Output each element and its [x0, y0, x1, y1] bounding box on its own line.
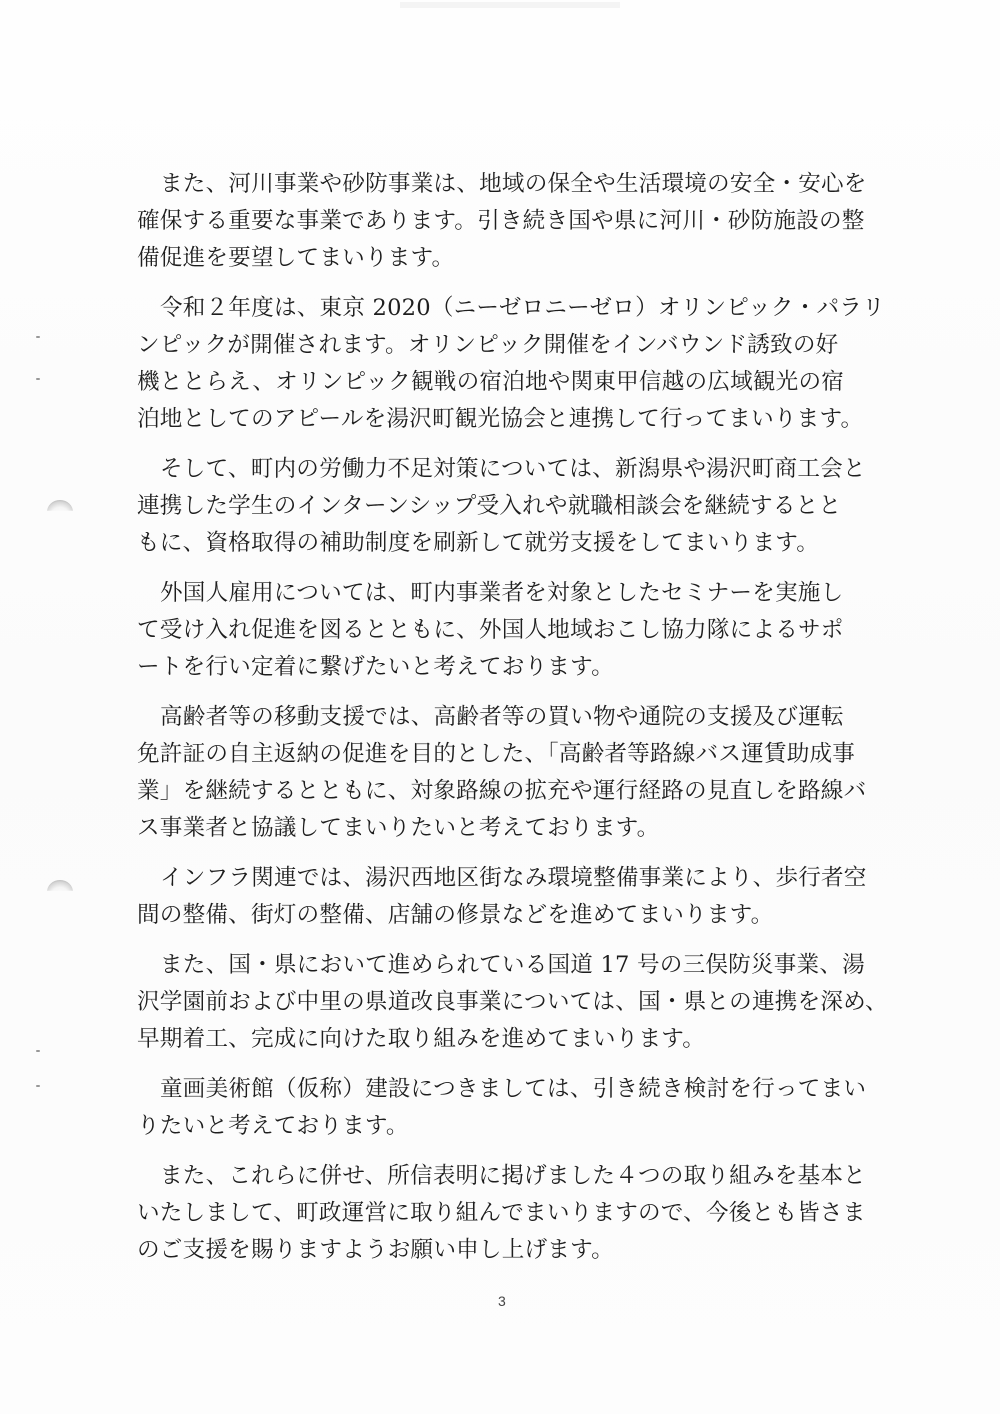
paragraph-elderly-mobility: 高齢者等の移動支援では、高齢者等の買い物や通院の支援及び運転 免許証の自主返納の… — [137, 699, 865, 847]
text-line: 免許証の自主返納の促進を目的とした、「高齢者等路線バス運賃助成事 — [137, 736, 865, 773]
text-line: 確保する重要な事業であります。引き続き国や県に河川・砂防施設の整 — [137, 203, 865, 240]
scan-speck — [36, 378, 40, 380]
text-line: て受け入れ促進を図るとともに、外国人地域おこし協力隊によるサポ — [137, 612, 865, 649]
text-line: また、河川事業や砂防事業は、地域の保全や生活環境の安全・安心を — [137, 166, 865, 203]
text-line: 早期着工、完成に向けた取り組みを進めてまいります。 — [137, 1021, 865, 1058]
text-line: 泊地としてのアピールを湯沢町観光協会と連携して行ってまいります。 — [137, 401, 865, 438]
text-line: 機ととらえ、オリンピック観戦の宿泊地や関東甲信越の広域観光の宿 — [137, 364, 865, 401]
text-line: 業」を継続するとともに、対象路線の拡充や運行経路の見直しを路線バ — [137, 773, 865, 810]
scan-speck — [36, 1050, 40, 1052]
paragraph-road-projects: また、国・県において進められている国道 17 号の三俣防災事業、湯 沢学園前およ… — [137, 947, 865, 1058]
text-line: 連携した学生のインターンシップ受入れや就職相談会を継続するとと — [137, 488, 865, 525]
page-number: 3 — [498, 1293, 506, 1309]
punch-hole-icon — [47, 500, 73, 524]
text-line: ス事業者と協議してまいりたいと考えております。 — [137, 810, 865, 847]
text-line: いたしまして、町政運営に取り組んでまいりますので、今後とも皆さま — [137, 1195, 865, 1232]
text-line: インフラ関連では、湯沢西地区街なみ環境整備事業により、歩行者空 — [137, 860, 865, 897]
scan-speck — [36, 336, 40, 338]
text-line: ンピックが開催されます。オリンピック開催をインバウンド誘致の好 — [137, 327, 865, 364]
document-page: また、河川事業や砂防事業は、地域の保全や生活環境の安全・安心を 確保する重要な事… — [0, 0, 1000, 1414]
text-line: 間の整備、街灯の整備、店舗の修景などを進めてまいります。 — [137, 897, 865, 934]
text-line: 外国人雇用については、町内事業者を対象としたセミナーを実施し — [137, 575, 865, 612]
paragraph-labor-shortage: そして、町内の労働力不足対策については、新潟県や湯沢町商工会と 連携した学生のイ… — [137, 451, 865, 562]
text-line: りたいと考えております。 — [137, 1108, 865, 1145]
text-line: 沢学園前および中里の県道改良事業については、国・県との連携を深め、 — [137, 984, 865, 1021]
text-line: ートを行い定着に繋げたいと考えております。 — [137, 649, 865, 686]
scan-speck — [36, 1085, 40, 1087]
text-line: そして、町内の労働力不足対策については、新潟県や湯沢町商工会と — [137, 451, 865, 488]
punch-hole-icon — [47, 880, 73, 904]
text-line: また、国・県において進められている国道 17 号の三俣防災事業、湯 — [137, 947, 865, 984]
document-body: また、河川事業や砂防事業は、地域の保全や生活環境の安全・安心を 確保する重要な事… — [137, 166, 865, 1269]
text-line: もに、資格取得の補助制度を刷新して就労支援をしてまいります。 — [137, 525, 865, 562]
text-line: 令和２年度は、東京 2020（ニーゼロニーゼロ）オリンピック・パラリ — [137, 290, 865, 327]
paragraph-art-museum: 童画美術館（仮称）建設につきましては、引き続き検討を行ってまい りたいと考えてお… — [137, 1071, 865, 1145]
paragraph-infrastructure: インフラ関連では、湯沢西地区街なみ環境整備事業により、歩行者空 間の整備、街灯の… — [137, 860, 865, 934]
paragraph-olympics: 令和２年度は、東京 2020（ニーゼロニーゼロ）オリンピック・パラリ ンピックが… — [137, 290, 865, 438]
scan-artifact-top — [400, 2, 620, 8]
text-line: 備促進を要望してまいります。 — [137, 240, 865, 277]
text-line: 高齢者等の移動支援では、高齢者等の買い物や通院の支援及び運転 — [137, 699, 865, 736]
text-line: のご支援を賜りますようお願い申し上げます。 — [137, 1232, 865, 1269]
paragraph-closing: また、これらに併せ、所信表明に掲げました４つの取り組みを基本と いたしまして、町… — [137, 1158, 865, 1269]
paragraph-foreign-employment: 外国人雇用については、町内事業者を対象としたセミナーを実施し て受け入れ促進を図… — [137, 575, 865, 686]
paragraph-river-erosion-control: また、河川事業や砂防事業は、地域の保全や生活環境の安全・安心を 確保する重要な事… — [137, 166, 865, 277]
text-line: 童画美術館（仮称）建設につきましては、引き続き検討を行ってまい — [137, 1071, 865, 1108]
text-line: また、これらに併せ、所信表明に掲げました４つの取り組みを基本と — [137, 1158, 865, 1195]
